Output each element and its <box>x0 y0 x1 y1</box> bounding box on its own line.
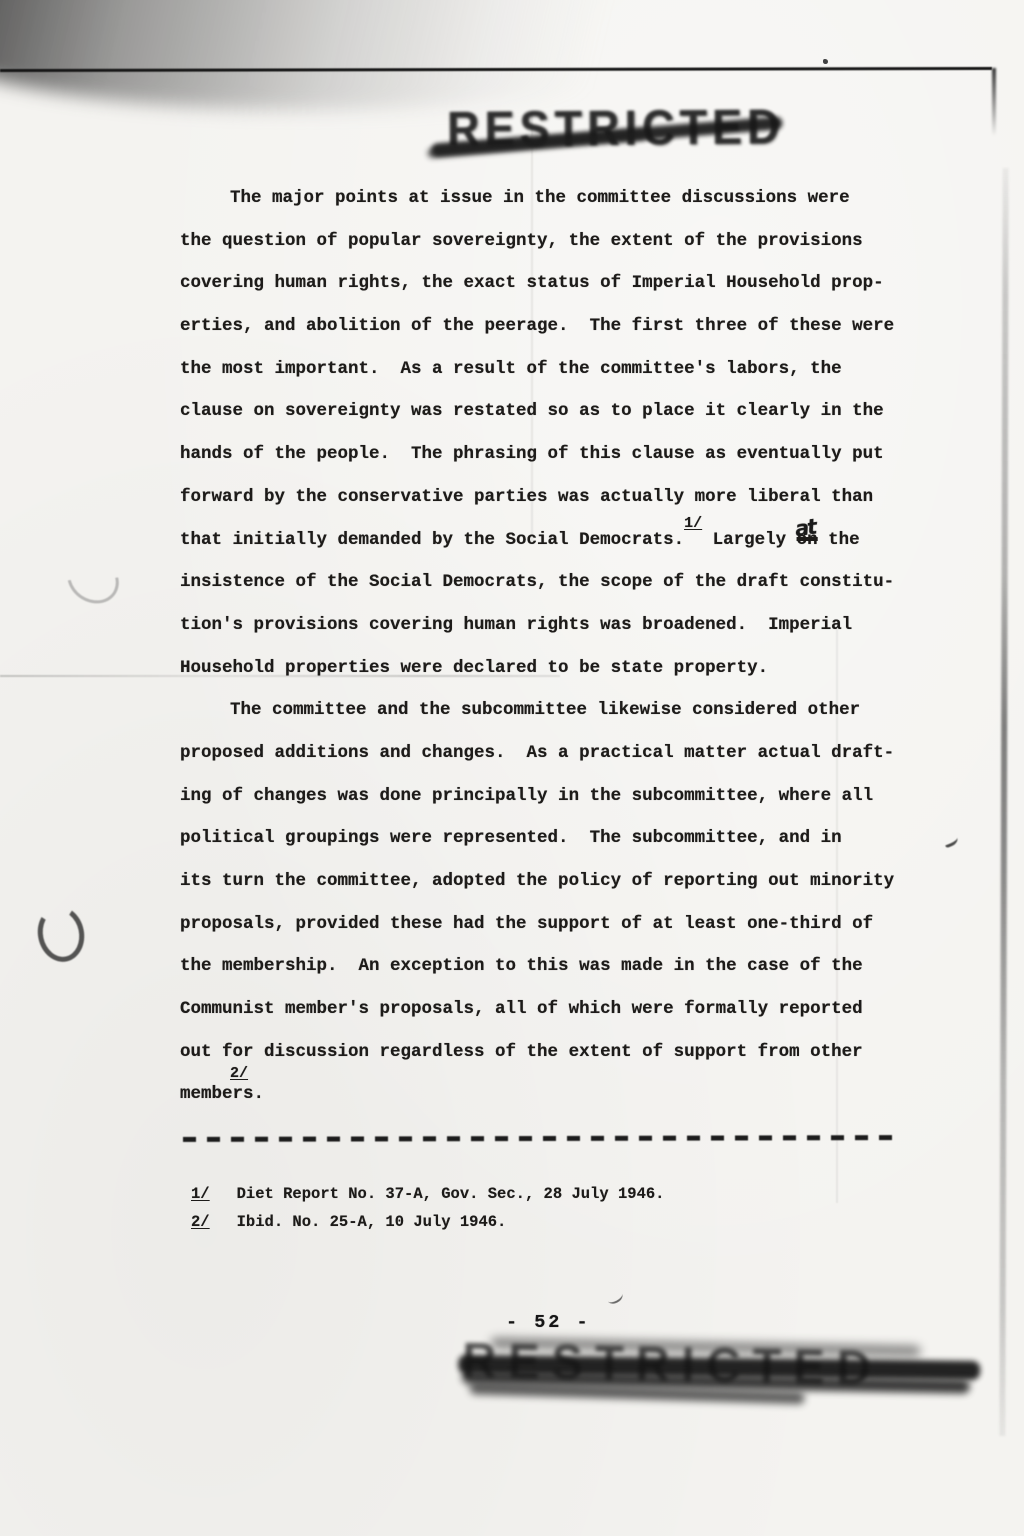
body-text: Largely <box>702 530 797 550</box>
restricted-stamp-bottom: RESTRICTED <box>461 1331 992 1423</box>
body-line: Communist member's proposals, all of whi… <box>180 988 925 1031</box>
margin-pencil-mark <box>33 902 90 966</box>
body-line: The committee and the subcommittee likew… <box>180 689 925 732</box>
body-line: tion's provisions covering human rights … <box>180 604 925 647</box>
typewritten-body: The major points at issue in the committ… <box>180 177 925 1116</box>
page-corner-mark <box>992 68 996 136</box>
page-number: - 52 - <box>506 1312 591 1333</box>
footnote-2-marker: 2/ <box>191 1213 210 1231</box>
body-line: the question of popular sovereignty, the… <box>180 220 925 263</box>
footnote-2: 2/Ibid. No. 25-A, 10 July 1946. <box>191 1208 664 1236</box>
margin-tick-mark <box>943 834 960 849</box>
body-line: clause on sovereignty was restated so as… <box>180 390 925 433</box>
body-line: the membership. An exception to this was… <box>180 945 925 988</box>
footnotes: 1/Diet Report No. 37-A, Gov. Sec., 28 Ju… <box>191 1180 664 1236</box>
footnote-ref-2: 2/ <box>230 1065 248 1082</box>
body-line: hands of the people. The phrasing of thi… <box>180 433 925 476</box>
body-line-with-footnote-ref: that initially demanded by the Social De… <box>180 519 925 562</box>
footnote-1: 1/Diet Report No. 37-A, Gov. Sec., 28 Ju… <box>191 1180 664 1208</box>
body-line: erties, and abolition of the peerage. Th… <box>180 305 925 348</box>
body-line: The major points at issue in the committ… <box>180 177 925 220</box>
struck-word: onat <box>797 530 818 550</box>
body-line: proposed additions and changes. As a pra… <box>180 732 925 775</box>
body-text: members. <box>180 1084 264 1104</box>
restricted-stamp-top: RESTRICTED <box>447 101 777 167</box>
body-line: its turn the committee, adopted the poli… <box>180 860 925 903</box>
handwritten-mark <box>605 1289 624 1306</box>
body-line: ing of changes was done principally in t… <box>180 775 925 818</box>
body-line: out for discussion regardless of the ext… <box>180 1031 925 1074</box>
body-line: forward by the conservative parties was … <box>180 476 925 519</box>
scanned-document-page: RESTRICTED The major points at issue in … <box>0 0 1024 1536</box>
footnote-1-text: Diet Report No. 37-A, Gov. Sec., 28 July… <box>237 1185 665 1203</box>
footnote-2-text: Ibid. No. 25-A, 10 July 1946. <box>237 1213 507 1231</box>
body-line-with-footnote-ref: members.2/ <box>180 1073 925 1116</box>
body-line: insistence of the Social Democrats, the … <box>180 561 925 604</box>
ink-speck <box>823 59 828 64</box>
footnote-separator-dashed <box>183 1135 899 1141</box>
margin-pencil-mark <box>58 545 129 614</box>
body-text: the <box>818 530 860 550</box>
footnote-ref-1: 1/ <box>684 515 702 532</box>
page-edge-crease <box>999 168 1008 1436</box>
body-line: Household properties were declared to be… <box>180 647 925 690</box>
footnote-1-marker: 1/ <box>191 1185 210 1203</box>
body-line: political groupings were represented. Th… <box>180 817 925 860</box>
body-text: that initially demanded by the Social De… <box>180 530 684 550</box>
body-line: proposals, provided these had the suppor… <box>180 903 925 946</box>
body-line: covering human rights, the exact status … <box>180 262 925 305</box>
body-line: the most important. As a result of the c… <box>180 348 925 391</box>
